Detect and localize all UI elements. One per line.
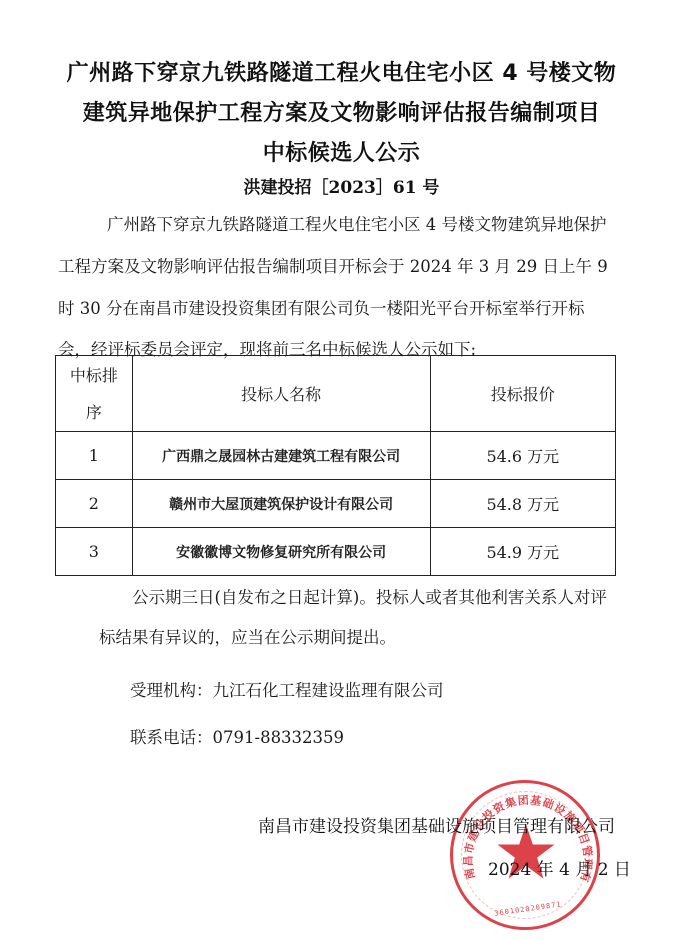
- cell-price: 54.9 万元: [430, 528, 615, 576]
- header-price: 投标报价: [430, 356, 615, 432]
- cell-price: 54.8 万元: [430, 480, 615, 528]
- signature-company: 南昌市建设投资集团基础设施项目管理有限公司: [258, 812, 615, 837]
- agency-line: 受理机构：九江石化工程建设监理有限公司: [130, 677, 444, 701]
- cell-price: 54.6 万元: [430, 432, 615, 480]
- cell-rank: 1: [56, 432, 133, 480]
- notice-line-2: 标结果有异议的，应当在公示期间提出。: [99, 624, 396, 648]
- title-line-2: 建筑异地保护工程方案及文物影响评估报告编制项目: [0, 96, 683, 127]
- intro-line-1: 广州路下穿京九铁路隧道工程火电住宅小区 4 号楼文物建筑异地保护: [107, 211, 607, 235]
- header-bidder: 投标人名称: [132, 356, 430, 432]
- cell-bidder: 广西鼎之晟园林古建建筑工程有限公司: [132, 432, 430, 480]
- table-row: 3 安徽徽博文物修复研究所有限公司 54.9 万元: [56, 528, 616, 576]
- title-line-1: 广州路下穿京九铁路隧道工程火电住宅小区 4 号楼文物: [0, 56, 683, 87]
- candidates-table: 中标排 序 投标人名称 投标报价 1 广西鼎之晟园林古建建筑工程有限公司 54.…: [55, 355, 616, 576]
- document-number: 洪建投招［2023］61 号: [0, 173, 683, 198]
- phone-line: 联系电话：0791-88332359: [130, 724, 344, 748]
- intro-line-3: 时 30 分在南昌市建设投资集团有限公司负一楼阳光平台开标室举行开标: [58, 295, 585, 319]
- signature-date: 2024 年 4 月 2 日: [488, 855, 631, 880]
- table-row: 2 赣州市大屋顶建筑保护设计有限公司 54.8 万元: [56, 480, 616, 528]
- cell-rank: 3: [56, 528, 133, 576]
- table-row: 1 广西鼎之晟园林古建建筑工程有限公司 54.6 万元: [56, 432, 616, 480]
- cell-bidder: 赣州市大屋顶建筑保护设计有限公司: [132, 480, 430, 528]
- title-line-3: 中标候选人公示: [0, 136, 683, 167]
- notice-line-1: 公示期三日(自发布之日起计算)。投标人或者其他利害关系人对评: [132, 584, 607, 608]
- cell-rank: 2: [56, 480, 133, 528]
- cell-bidder: 安徽徽博文物修复研究所有限公司: [132, 528, 430, 576]
- table-header-row: 中标排 序 投标人名称 投标报价: [56, 356, 616, 432]
- intro-line-2: 工程方案及文物影响评估报告编制项目开标会于 2024 年 3 月 29 日上午 …: [58, 253, 608, 277]
- header-rank: 中标排 序: [56, 356, 133, 432]
